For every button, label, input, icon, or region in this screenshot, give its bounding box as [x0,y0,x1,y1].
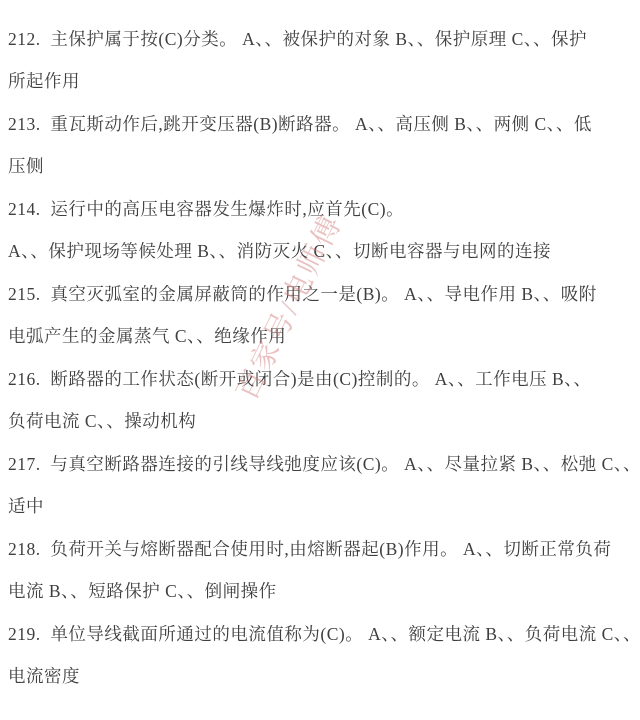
question-list: 212. 主保护属于按(C)分类。 A、、被保护的对象 B、、保护原理 C、、保… [8,17,640,697]
question-line: 所起作用 [8,60,640,103]
question-line: 214. 运行中的高压电容器发生爆炸时,应首先(C)。 [8,187,640,230]
question-line: 218. 负荷开关与熔断器配合使用时,由熔断器起(B)作用。 A、、切断正常负荷 [8,527,640,570]
question-212: 212. 主保护属于按(C)分类。 A、、被保护的对象 B、、保护原理 C、、保… [8,17,640,102]
question-218: 218. 负荷开关与熔断器配合使用时,由熔断器起(B)作用。 A、、切断正常负荷… [8,527,640,612]
question-line: 适中 [8,485,640,528]
document-page: 百家号/电师傅 212. 主保护属于按(C)分类。 A、、被保护的对象 B、、保… [0,0,640,720]
question-219: 219. 单位导线截面所通过的电流值称为(C)。 A、、额定电流 B、、负荷电流… [8,612,640,697]
question-line: 216. 断路器的工作状态(断开或闭合)是由(C)控制的。 A、、工作电压 B、… [8,357,640,400]
question-line: 负荷电流 C、、操动机构 [8,400,640,443]
question-line: 217. 与真空断路器连接的引线导线弛度应该(C)。 A、、尽量拉紧 B、、松弛… [8,442,640,485]
question-line: 电弧产生的金属蒸气 C、、绝缘作用 [8,315,640,358]
question-216: 216. 断路器的工作状态(断开或闭合)是由(C)控制的。 A、、工作电压 B、… [8,357,640,442]
question-213: 213. 重瓦斯动作后,跳开变压器(B)断路器。 A、、高压侧 B、、两侧 C、… [8,102,640,187]
question-line: 压侧 [8,145,640,188]
question-217: 217. 与真空断路器连接的引线导线弛度应该(C)。 A、、尽量拉紧 B、、松弛… [8,442,640,527]
question-214: 214. 运行中的高压电容器发生爆炸时,应首先(C)。A、、保护现场等候处理 B… [8,187,640,272]
question-line: 电流 B、、短路保护 C、、倒闸操作 [8,570,640,613]
question-line: 电流密度 [8,655,640,698]
question-line: 219. 单位导线截面所通过的电流值称为(C)。 A、、额定电流 B、、负荷电流… [8,612,640,655]
question-line: 212. 主保护属于按(C)分类。 A、、被保护的对象 B、、保护原理 C、、保… [8,17,640,60]
question-215: 215. 真空灭弧室的金属屏蔽筒的作用之一是(B)。 A、、导电作用 B、、吸附… [8,272,640,357]
question-line: 215. 真空灭弧室的金属屏蔽筒的作用之一是(B)。 A、、导电作用 B、、吸附 [8,272,640,315]
question-line: 213. 重瓦斯动作后,跳开变压器(B)断路器。 A、、高压侧 B、、两侧 C、… [8,102,640,145]
question-line: A、、保护现场等候处理 B、、消防灭火 C、、切断电容器与电网的连接 [8,230,640,273]
